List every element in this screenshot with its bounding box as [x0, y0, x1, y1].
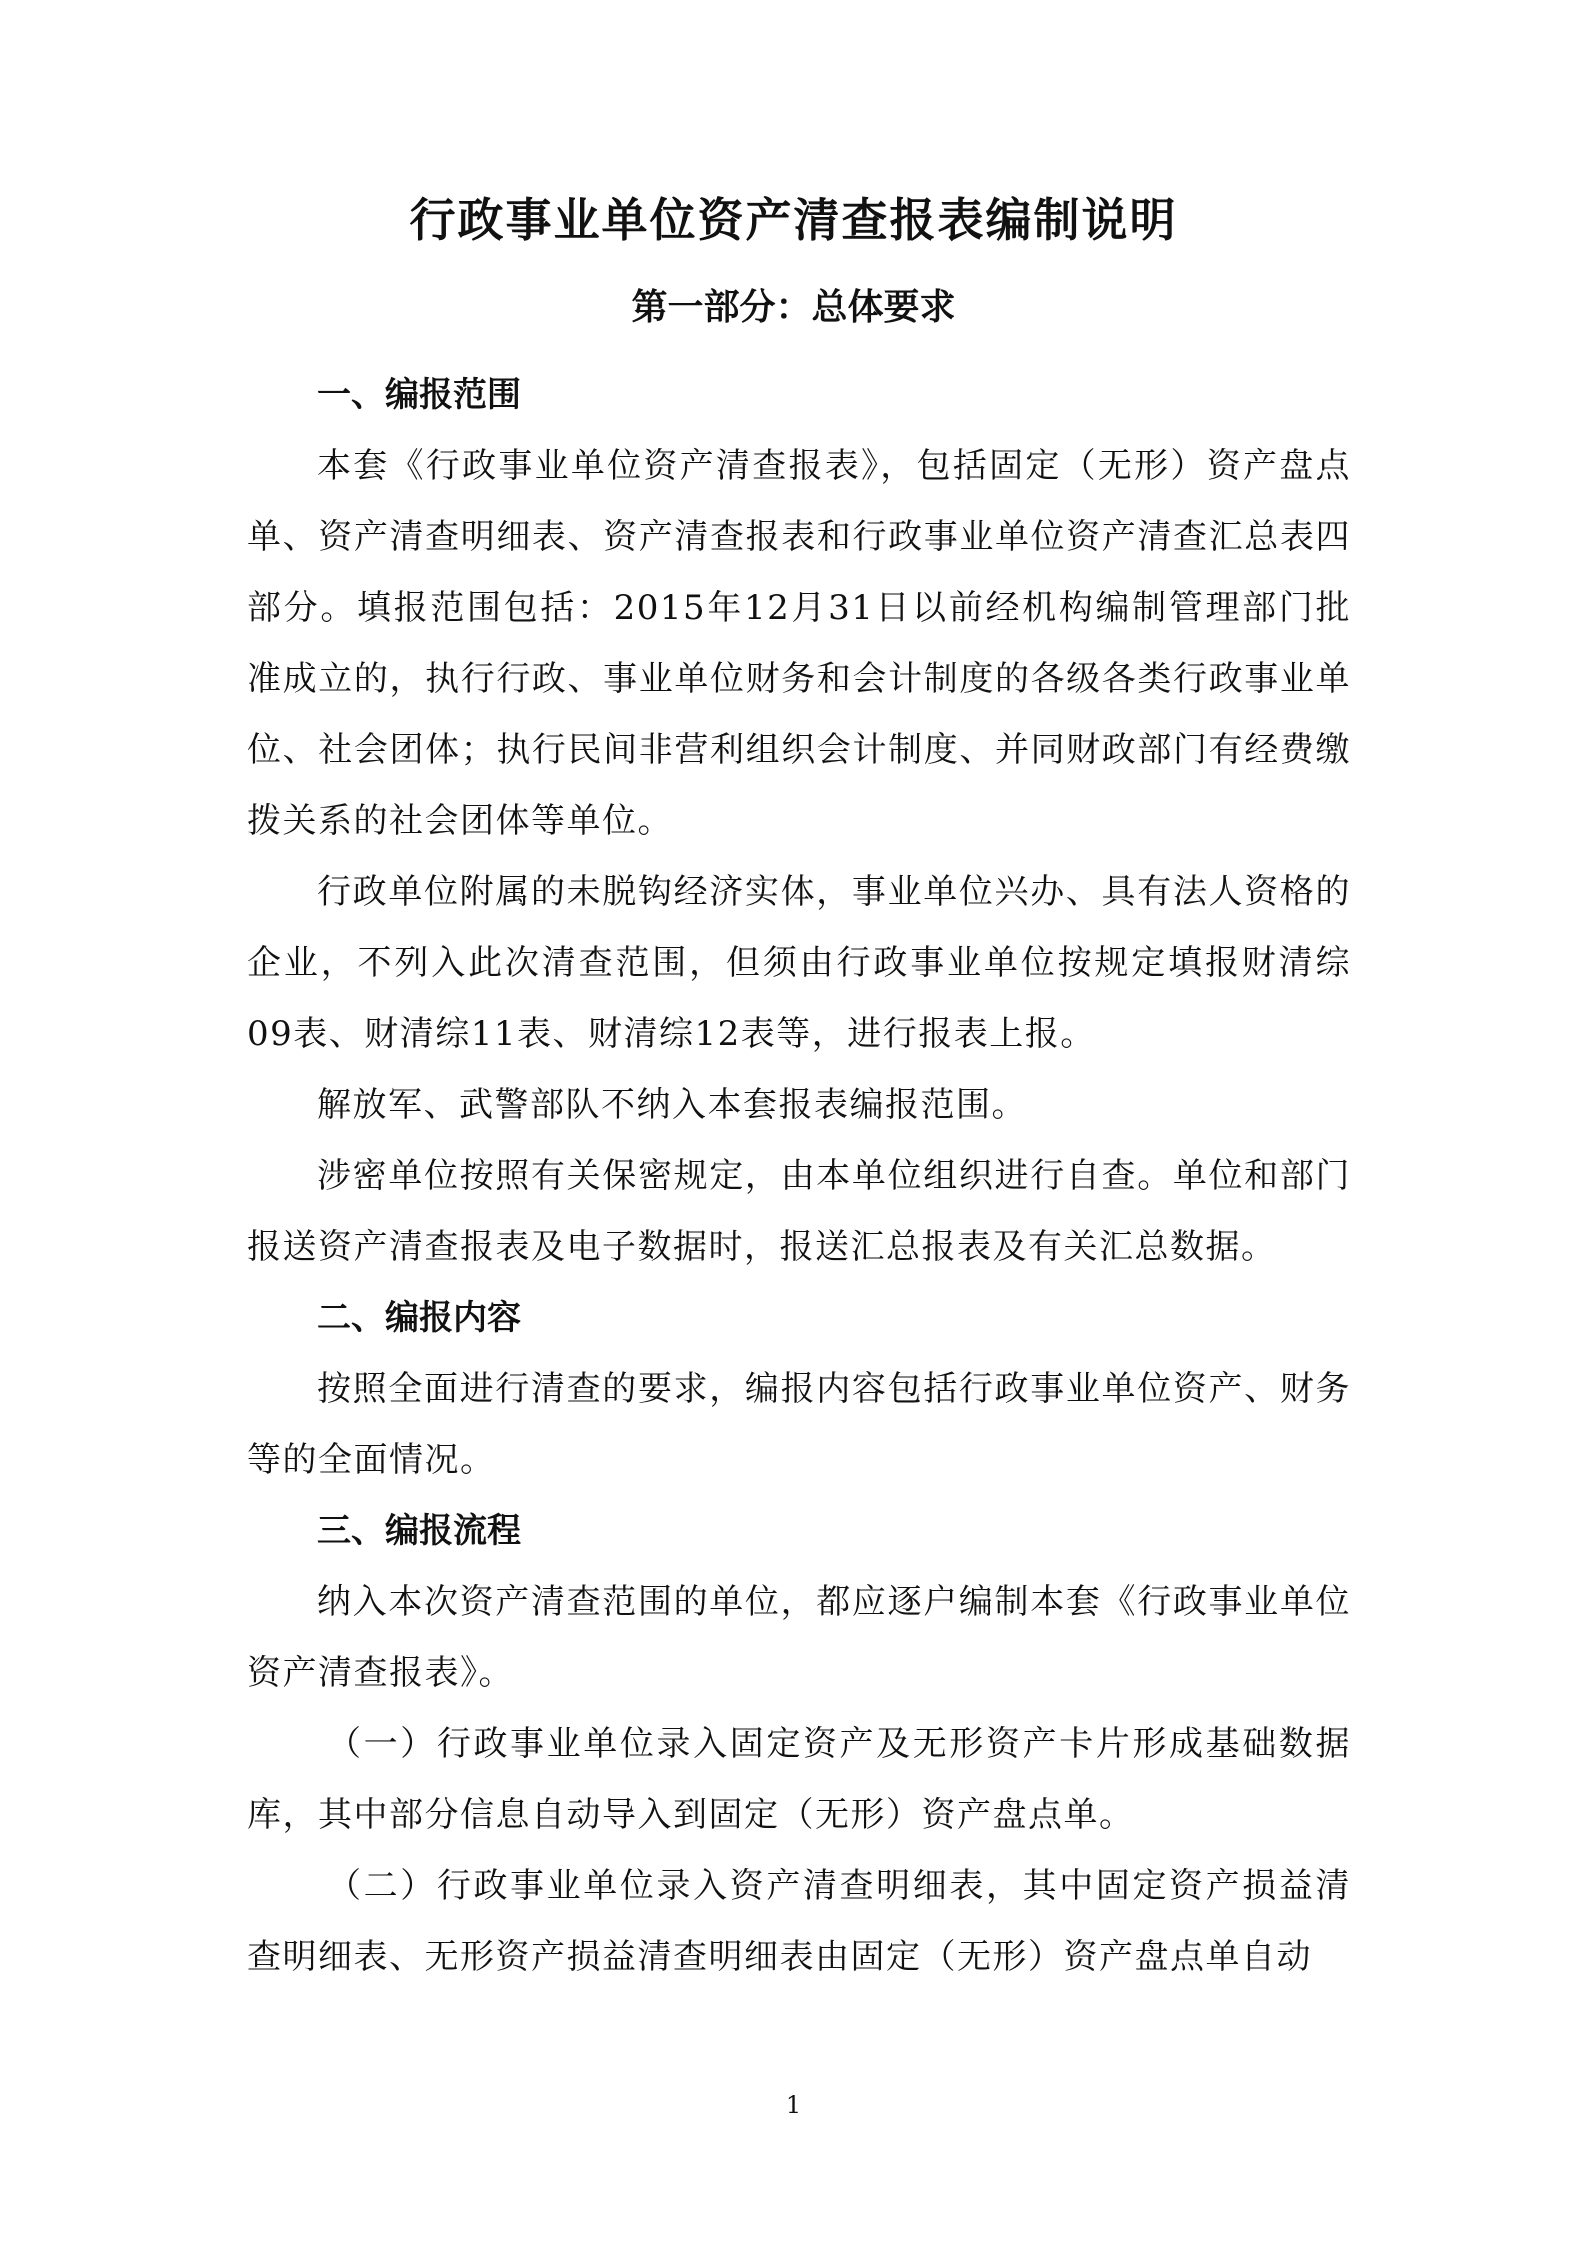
section-heading: 三、编报流程	[247, 1496, 1351, 1567]
paragraph: 解放军、武警部队不纳入本套报表编报范围。	[247, 1070, 1351, 1141]
paragraph: 行政单位附属的未脱钩经济实体，事业单位兴办、具有法人资格的企业，不列入此次清查范…	[247, 857, 1351, 1070]
document-page: 行政事业单位资产清查报表编制说明 第一部分：总体要求 一、编报范围 本套《行政事…	[0, 0, 1587, 2245]
section-heading: 二、编报内容	[247, 1283, 1351, 1354]
section-heading: 一、编报范围	[247, 360, 1351, 431]
document-body: 一、编报范围 本套《行政事业单位资产清查报表》，包括固定（无形）资产盘点单、资产…	[247, 360, 1351, 1993]
page-number: 1	[0, 2090, 1587, 2120]
paragraph: （一）行政事业单位录入固定资产及无形资产卡片形成基础数据库，其中部分信息自动导入…	[247, 1709, 1351, 1851]
paragraph: 纳入本次资产清查范围的单位，都应逐户编制本套《行政事业单位资产清查报表》。	[247, 1567, 1351, 1709]
section-process: 三、编报流程 纳入本次资产清查范围的单位，都应逐户编制本套《行政事业单位资产清查…	[247, 1496, 1351, 1993]
document-subtitle: 第一部分：总体要求	[0, 282, 1587, 332]
section-scope: 一、编报范围 本套《行政事业单位资产清查报表》，包括固定（无形）资产盘点单、资产…	[247, 360, 1351, 1283]
paragraph: （二）行政事业单位录入资产清查明细表，其中固定资产损益清查明细表、无形资产损益清…	[247, 1851, 1351, 1993]
section-content: 二、编报内容 按照全面进行清查的要求，编报内容包括行政事业单位资产、财务等的全面…	[247, 1283, 1351, 1496]
paragraph: 涉密单位按照有关保密规定，由本单位组织进行自查。单位和部门报送资产清查报表及电子…	[247, 1141, 1351, 1283]
paragraph: 按照全面进行清查的要求，编报内容包括行政事业单位资产、财务等的全面情况。	[247, 1354, 1351, 1496]
document-title: 行政事业单位资产清查报表编制说明	[0, 190, 1587, 250]
paragraph: 本套《行政事业单位资产清查报表》，包括固定（无形）资产盘点单、资产清查明细表、资…	[247, 431, 1351, 857]
